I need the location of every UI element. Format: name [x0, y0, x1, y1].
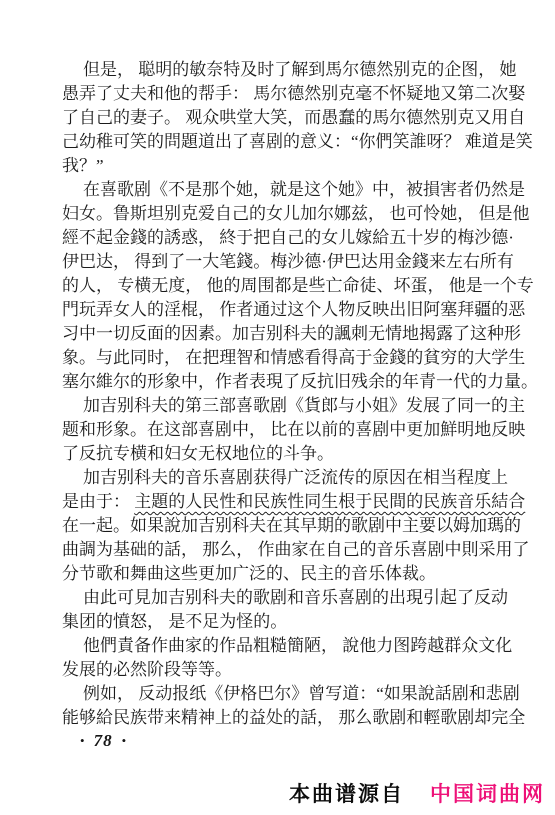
page-number-left-dot: • — [80, 733, 85, 749]
text-line: 是由于： 主題的人民性和民族性同生根于民間的民族音乐結合 — [62, 490, 500, 514]
text-line: 象。与此同时， 在把理智和情感看得高于金錢的貧穷的大学生 — [62, 346, 500, 370]
text-line: 塞尔維尔的形象中，作者表現了反抗旧残余的年青一代的力量。 — [62, 370, 500, 394]
page-number-value: 78 — [94, 731, 113, 751]
site-watermark: 本曲谱源自 中国词曲网 — [289, 778, 545, 808]
text-line: 的人， 专横无度， 他的周围都是些亡命徒、坏蛋， 他是一个专 — [62, 274, 500, 298]
text-line: 加吉别科夫的第三部喜歌剧《貨郎与小姐》发展了同一的主 — [62, 394, 500, 418]
text-line: 能够給民族带来精神上的益处的話， 那么歌剧和輕歌剧却完全 — [62, 706, 500, 730]
text-line: 在喜歌剧《不是那个她，就是这个她》中，被損害者仍然是 — [62, 178, 500, 202]
text-line: 习中一切反面的因素。加吉别科夫的諷刺无情地揭露了这种形 — [62, 322, 500, 346]
text-line: 加吉别科夫的音乐喜剧获得广泛流传的原因在相当程度上 — [62, 466, 500, 490]
text-line: 由此可見加吉别科夫的歌剧和音乐喜剧的出現引起了反动 — [62, 586, 500, 610]
text-line: 己幼稚可笑的問題道出了喜剧的意义：“你們笑誰呀？ 难道是笑 — [62, 130, 500, 154]
text-line: 例如， 反动报纸《伊格巴尔》曾写道：“如果說話剧和悲剧 — [62, 682, 500, 706]
text-line: 了自己的妻子。 观众哄堂大笑，而愚蠢的馬尔德然别克又用自 — [62, 106, 500, 130]
text-line: 分节歌和舞曲这些更加广泛的、民主的音乐体裁。 — [62, 562, 500, 586]
text-line: 他們責备作曲家的作品粗糙簡陋， 說他力图跨越群众文化 — [62, 634, 500, 658]
text-line: 曲調为基础的話， 那么， 作曲家在自己的音乐喜剧中則采用了 — [62, 538, 500, 562]
text-line: 愚弄了丈夫和他的帮手： 馬尔德然别克毫不怀疑地又第二次娶 — [62, 82, 500, 106]
text-line: 集团的憤怒， 是不足为怪的。 — [62, 610, 500, 634]
page-number-right-dot: • — [122, 733, 127, 749]
text-line: 了反抗专横和妇女无权地位的斗争。 — [62, 442, 500, 466]
text-line: 伊巴达， 得到了一大笔錢。梅沙德·伊巴达用金錢来左右所有 — [62, 250, 500, 274]
scanned-book-page: 但是， 聪明的敏奈特及时了解到馬尔德然别克的企图， 她愚弄了丈夫和他的帮手： 馬… — [0, 0, 555, 815]
watermark-prefix-text: 本曲谱源自 — [289, 778, 404, 808]
text-line: 經不起金錢的誘惑， 終于把自己的女儿嫁給五十岁的梅沙德· — [62, 226, 500, 250]
underlined-phrase: 主題的人民性和民族性同生根于民間的民族音乐結合 — [134, 492, 525, 511]
text-line: 我？” — [62, 154, 500, 178]
text-line: 但是， 聪明的敏奈特及时了解到馬尔德然别克的企图， 她 — [62, 58, 500, 82]
body-text-block: 但是， 聪明的敏奈特及时了解到馬尔德然别克的企图， 她愚弄了丈夫和他的帮手： 馬… — [62, 58, 500, 730]
text-line: 妇女。鲁斯坦别克爱自己的女儿加尔娜兹， 也可怜她， 但是他 — [62, 202, 500, 226]
page-number: • 78 • — [80, 731, 126, 751]
text-segment: 是由于： — [62, 492, 134, 511]
text-line: 在一起。如果說加吉别科夫在其早期的歌剧中主要以姆加瑪的 — [62, 514, 500, 538]
text-line: 发展的必然阶段等等。 — [62, 658, 500, 682]
watermark-site-name: 中国词曲网 — [430, 778, 545, 808]
text-line: 門玩弄女人的淫棍， 作者通过这个人物反映出旧阿塞拜疆的恶 — [62, 298, 500, 322]
text-line: 题和形象。在这部喜剧中， 比在以前的喜剧中更加鮮明地反映 — [62, 418, 500, 442]
